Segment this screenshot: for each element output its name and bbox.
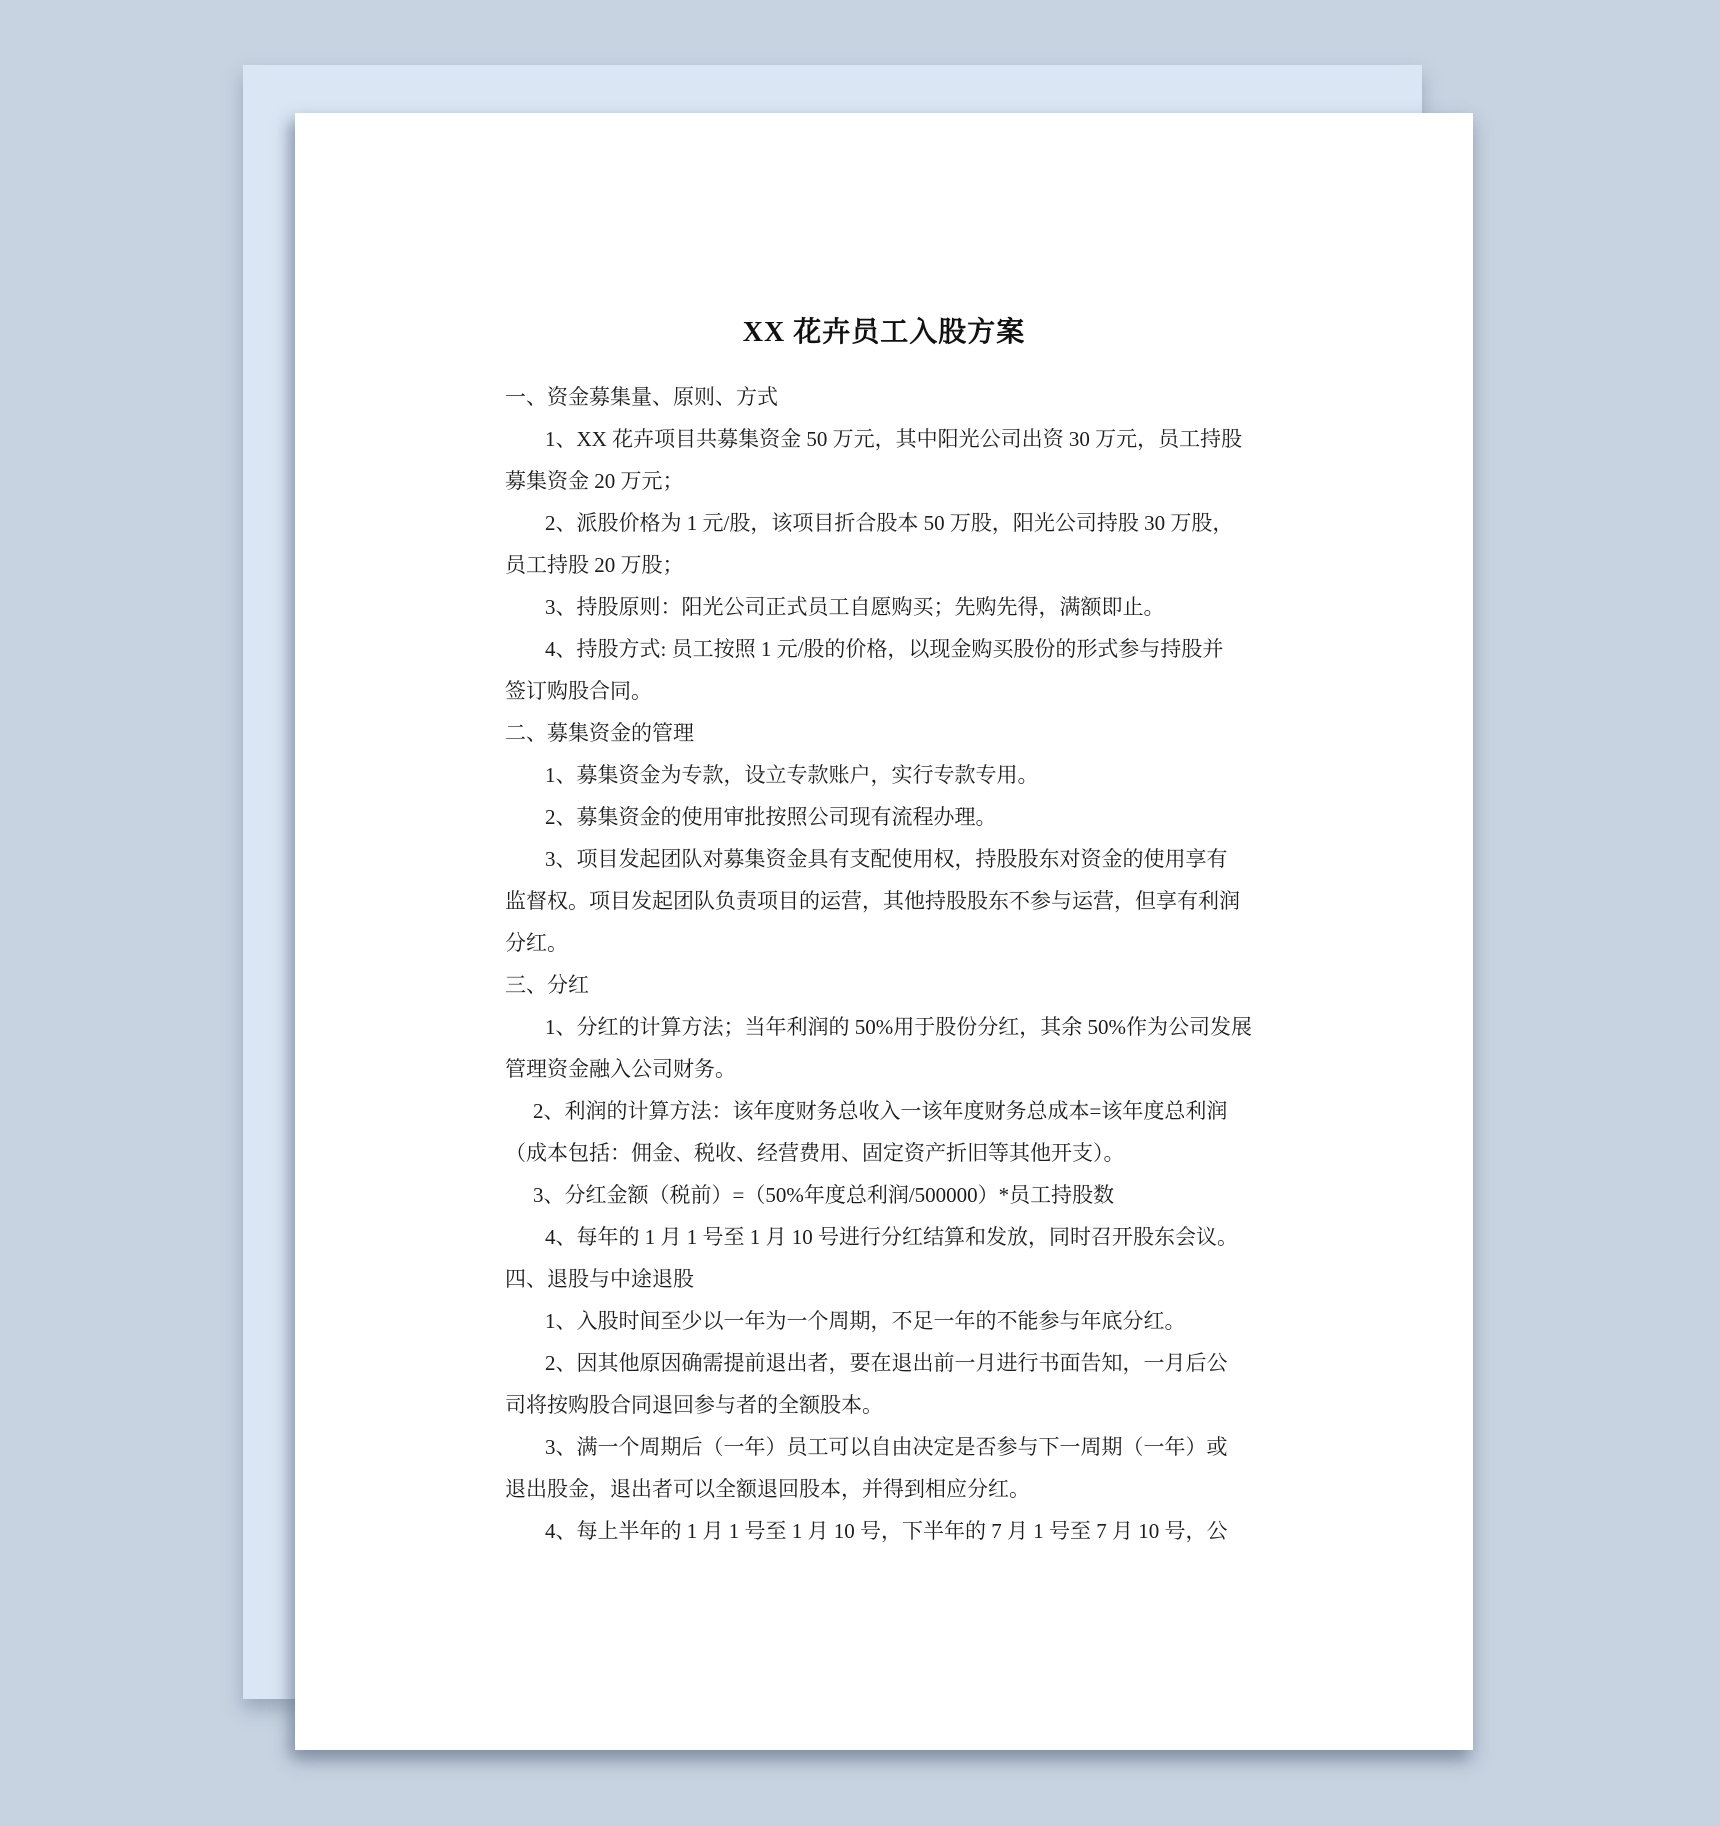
doc-line: 2、派股价格为 1 元/股，该项目折合股本 50 万股，阳光公司持股 30 万股… — [505, 502, 1373, 544]
doc-line: 2、利润的计算方法：该年度财务总收入一该年度财务总成本=该年度总利润 — [505, 1090, 1373, 1132]
desktop-background: { "background": { "color": "#c7d3e1" }, … — [0, 0, 1720, 1826]
doc-line: 一、资金募集量、原则、方式 — [505, 376, 1373, 418]
doc-line: 3、分红金额（税前）=（50%年度总利润/500000）*员工持股数 — [505, 1174, 1373, 1216]
doc-line: 1、募集资金为专款，设立专款账户，实行专款专用。 — [505, 754, 1373, 796]
doc-line: 2、因其他原因确需提前退出者，要在退出前一月进行书面告知，一月后公 — [505, 1342, 1373, 1384]
doc-line: 管理资金融入公司财务。 — [505, 1048, 1373, 1090]
doc-line: 1、分红的计算方法；当年利润的 50%用于股份分红，其余 50%作为公司发展 — [505, 1006, 1373, 1048]
doc-line: 监督权。项目发起团队负责项目的运营，其他持股股东不参与运营，但享有利润 — [505, 880, 1373, 922]
document-title: XX 花卉员工入股方案 — [295, 310, 1473, 350]
doc-line: 3、项目发起团队对募集资金具有支配使用权，持股股东对资金的使用享有 — [505, 838, 1373, 880]
doc-line: （成本包括：佣金、税收、经营费用、固定资产折旧等其他开支）。 — [505, 1132, 1373, 1174]
doc-line: 司将按购股合同退回参与者的全额股本。 — [505, 1384, 1373, 1426]
doc-line: 二、募集资金的管理 — [505, 712, 1373, 754]
doc-line: 分红。 — [505, 922, 1373, 964]
doc-line: 员工持股 20 万股； — [505, 544, 1373, 586]
doc-line: 签订购股合同。 — [505, 670, 1373, 712]
doc-line: 四、退股与中途退股 — [505, 1258, 1373, 1300]
doc-line: 4、每年的 1 月 1 号至 1 月 10 号进行分红结算和发放，同时召开股东会… — [505, 1216, 1373, 1258]
doc-line: 4、每上半年的 1 月 1 号至 1 月 10 号，下半年的 7 月 1 号至 … — [505, 1510, 1373, 1552]
doc-line: 3、持股原则：阳光公司正式员工自愿购买；先购先得，满额即止。 — [505, 586, 1373, 628]
doc-line: 三、分红 — [505, 964, 1373, 1006]
doc-line: 1、XX 花卉项目共募集资金 50 万元，其中阳光公司出资 30 万元，员工持股 — [505, 418, 1373, 460]
doc-line: 退出股金，退出者可以全额退回股本，并得到相应分红。 — [505, 1468, 1373, 1510]
doc-line: 4、持股方式: 员工按照 1 元/股的价格，以现金购买股份的形式参与持股并 — [505, 628, 1373, 670]
doc-line: 募集资金 20 万元； — [505, 460, 1373, 502]
document-page: XX 花卉员工入股方案 一、资金募集量、原则、方式1、XX 花卉项目共募集资金 … — [295, 113, 1473, 1750]
doc-line: 3、满一个周期后（一年）员工可以自由决定是否参与下一周期（一年）或 — [505, 1426, 1373, 1468]
document-body: 一、资金募集量、原则、方式1、XX 花卉项目共募集资金 50 万元，其中阳光公司… — [505, 376, 1373, 1552]
doc-line: 2、募集资金的使用审批按照公司现有流程办理。 — [505, 796, 1373, 838]
doc-line: 1、入股时间至少以一年为一个周期，不足一年的不能参与年底分红。 — [505, 1300, 1373, 1342]
